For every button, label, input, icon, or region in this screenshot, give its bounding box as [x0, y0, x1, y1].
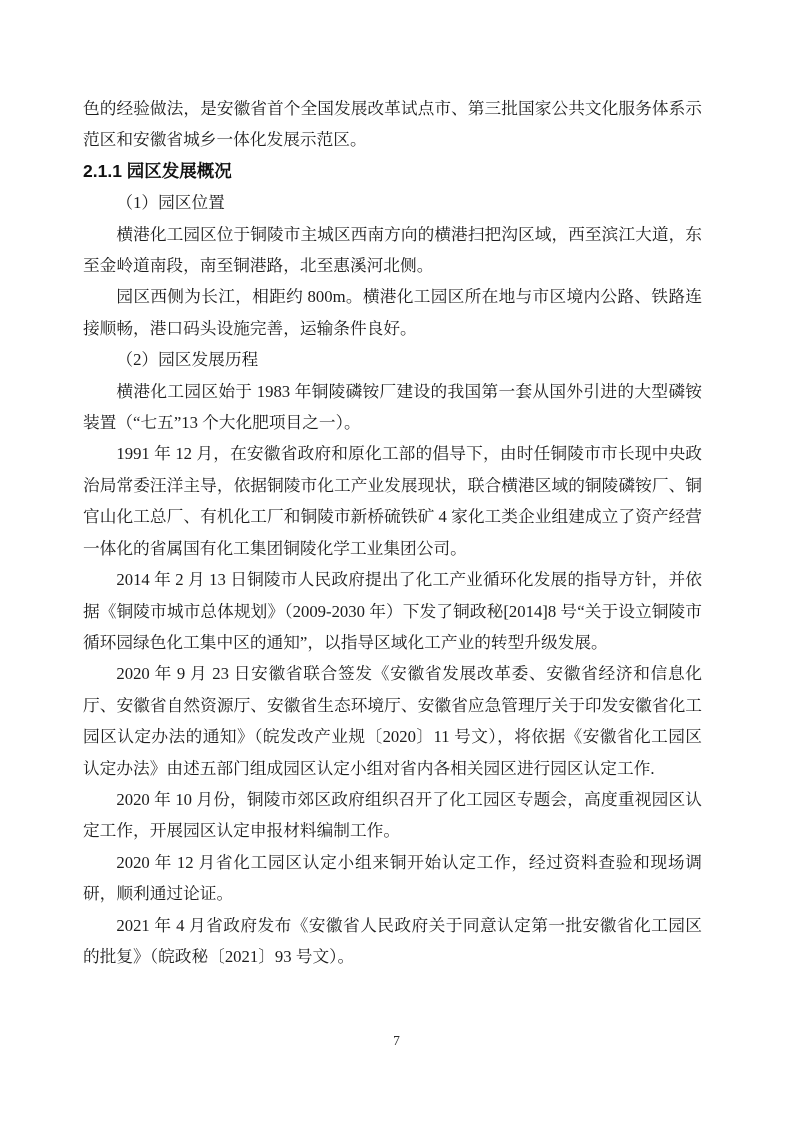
document-page: 色的经验做法，是安徽省首个全国发展改革试点市、第三批国家公共文化服务体系示范区和…	[0, 0, 793, 1122]
section-heading: 2.1.1 园区发展概况	[83, 156, 702, 187]
paragraph-continuation: 色的经验做法，是安徽省首个全国发展改革试点市、第三批国家公共文化服务体系示范区和…	[83, 93, 702, 156]
paragraph-history-1991: 1991 年 12 月，在安徽省政府和原化工部的倡导下，由时任铜陵市市长现中央政…	[83, 438, 702, 564]
paragraph-history-2020-09: 2020 年 9 月 23 日安徽省联合签发《安徽省发展改革委、安徽省经济和信息…	[83, 658, 702, 784]
paragraph-history-2021-04: 2021 年 4 月省政府发布《安徽省人民政府关于同意认定第一批安徽省化工园区的…	[83, 910, 702, 973]
document-body: 色的经验做法，是安徽省首个全国发展改革试点市、第三批国家公共文化服务体系示范区和…	[83, 93, 702, 972]
subsection-heading-history: （2）园区发展历程	[83, 344, 702, 375]
paragraph-history-2020-12: 2020 年 12 月省化工园区认定小组来铜开始认定工作，经过资料查验和现场调研…	[83, 847, 702, 910]
paragraph-history-2020-10: 2020 年 10 月份，铜陵市郊区政府组织召开了化工园区专题会，高度重视园区认…	[83, 784, 702, 847]
paragraph-location-transport: 园区西侧为长江，相距约 800m。横港化工园区所在地与市区境内公路、铁路连接顺畅…	[83, 281, 702, 344]
page-number: 7	[0, 1033, 793, 1049]
subsection-heading-location: （1）园区位置	[83, 187, 702, 218]
paragraph-history-1983: 横港化工园区始于 1983 年铜陵磷铵厂建设的我国第一套从国外引进的大型磷铵装置…	[83, 376, 702, 439]
paragraph-history-2014: 2014 年 2 月 13 日铜陵市人民政府提出了化工产业循环化发展的指导方针，…	[83, 564, 702, 658]
paragraph-location-boundaries: 横港化工园区位于铜陵市主城区西南方向的横港扫把沟区域，西至滨江大道，东至金岭道南…	[83, 219, 702, 282]
